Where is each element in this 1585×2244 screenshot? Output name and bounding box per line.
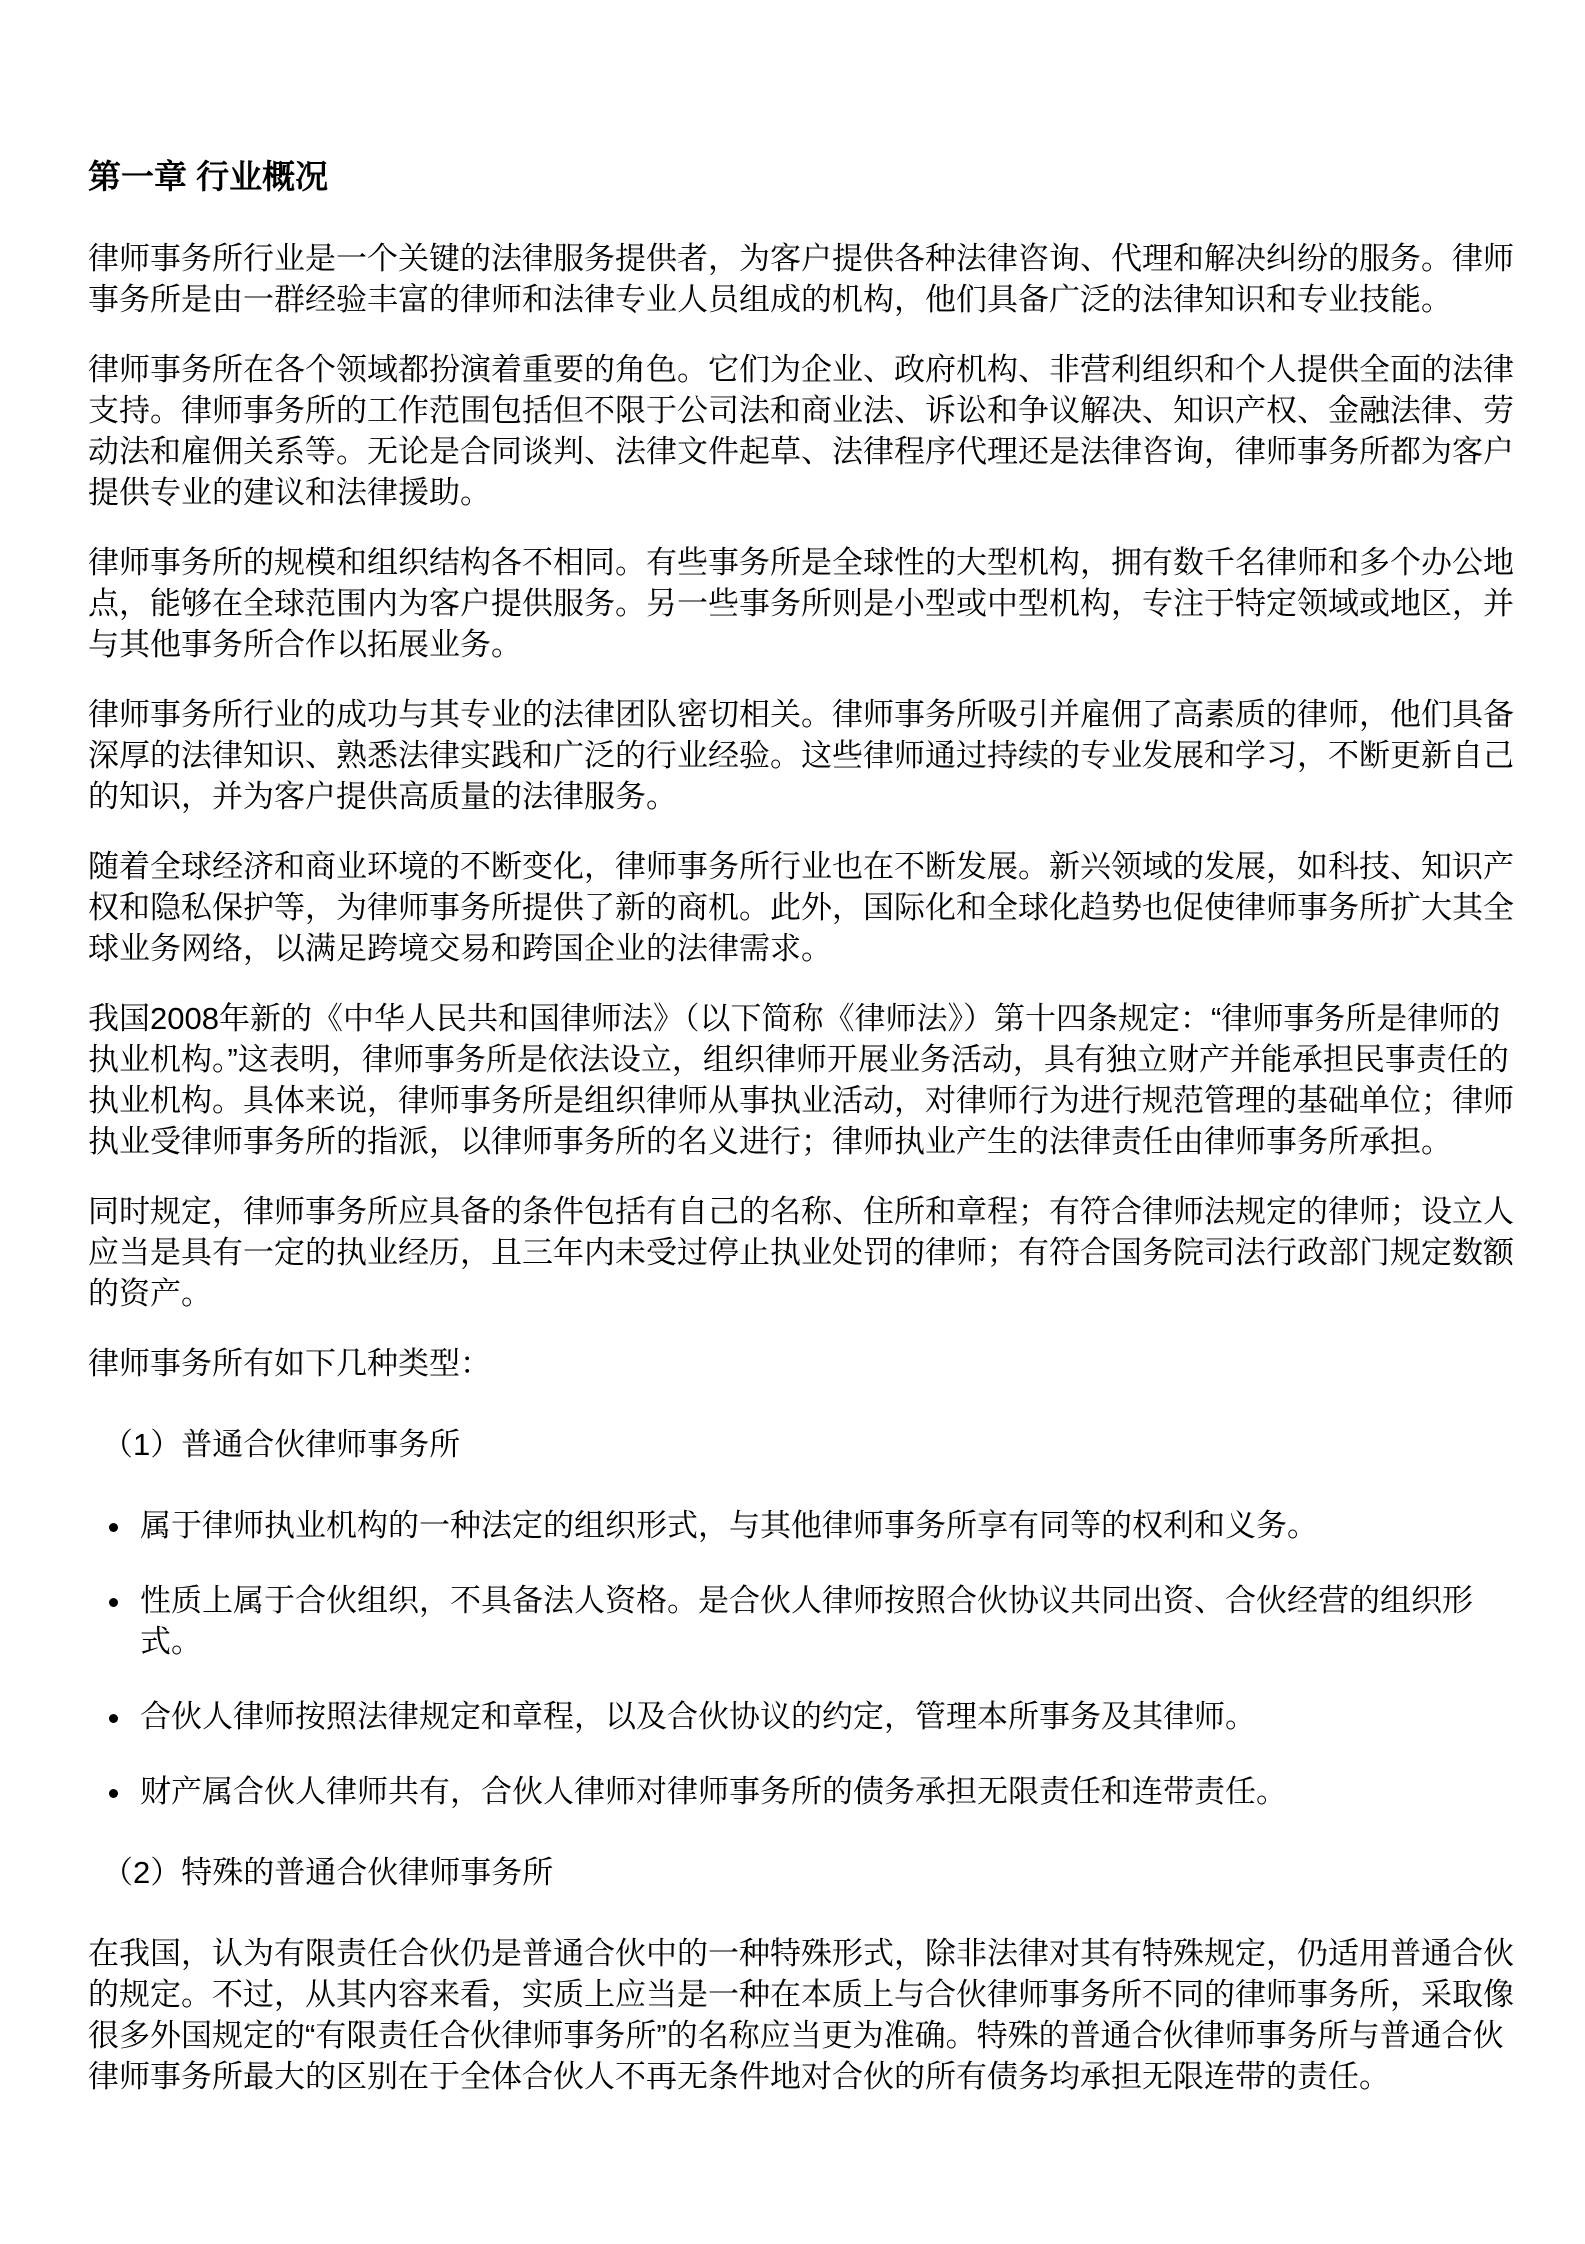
list-item: 属于律师执业机构的一种法定的组织形式，与其他律师事务所享有同等的权利和义务。 (134, 1505, 1529, 1546)
paragraph-firm-requirements: 同时规定，律师事务所应具备的条件包括有自己的名称、住所和章程；有符合律师法规定的… (88, 1191, 1529, 1314)
list-item: 合伙人律师按照法律规定和章程，以及合伙协议的约定，管理本所事务及其律师。 (134, 1696, 1529, 1737)
document-page: 第一章 行业概况 律师事务所行业是一个关键的法律服务提供者，为客户提供各种法律咨… (0, 0, 1585, 2244)
section-heading-type-2: （2）特殊的普通合伙律师事务所 (102, 1852, 1529, 1893)
paragraph-roles: 律师事务所在各个领域都扮演着重要的角色。它们为企业、政府机构、非营利组织和个人提… (88, 349, 1529, 513)
paragraph-types-intro: 律师事务所有如下几种类型： (88, 1343, 1529, 1384)
paragraph-lawyer-law-2008: 我国2008年新的《中华人民共和国律师法》（以下简称《律师法》）第十四条规定：“… (88, 998, 1529, 1162)
paragraph-industry-development: 随着全球经济和商业环境的不断变化，律师事务所行业也在不断发展。新兴领域的发展，如… (88, 846, 1529, 969)
paragraph-legal-team: 律师事务所行业的成功与其专业的法律团队密切相关。律师事务所吸引并雇佣了高素质的律… (88, 694, 1529, 817)
type-1-feature-list: 属于律师执业机构的一种法定的组织形式，与其他律师事务所享有同等的权利和义务。 性… (88, 1505, 1529, 1812)
section-heading-type-1: （1）普通合伙律师事务所 (102, 1424, 1529, 1465)
list-item: 财产属合伙人律师共有，合伙人律师对律师事务所的债务承担无限责任和连带责任。 (134, 1771, 1529, 1812)
paragraph-industry-overview: 律师事务所行业是一个关键的法律服务提供者，为客户提供各种法律咨询、代理和解决纠纷… (88, 238, 1529, 320)
chapter-title: 第一章 行业概况 (88, 156, 1529, 198)
paragraph-special-partnership: 在我国，认为有限责任合伙仍是普通合伙中的一种特殊形式，除非法律对其有特殊规定，仍… (88, 1933, 1529, 2097)
list-item: 性质上属于合伙组织，不具备法人资格。是合伙人律师按照合伙协议共同出资、合伙经营的… (134, 1580, 1529, 1662)
paragraph-scale-structure: 律师事务所的规模和组织结构各不相同。有些事务所是全球性的大型机构，拥有数千名律师… (88, 542, 1529, 665)
